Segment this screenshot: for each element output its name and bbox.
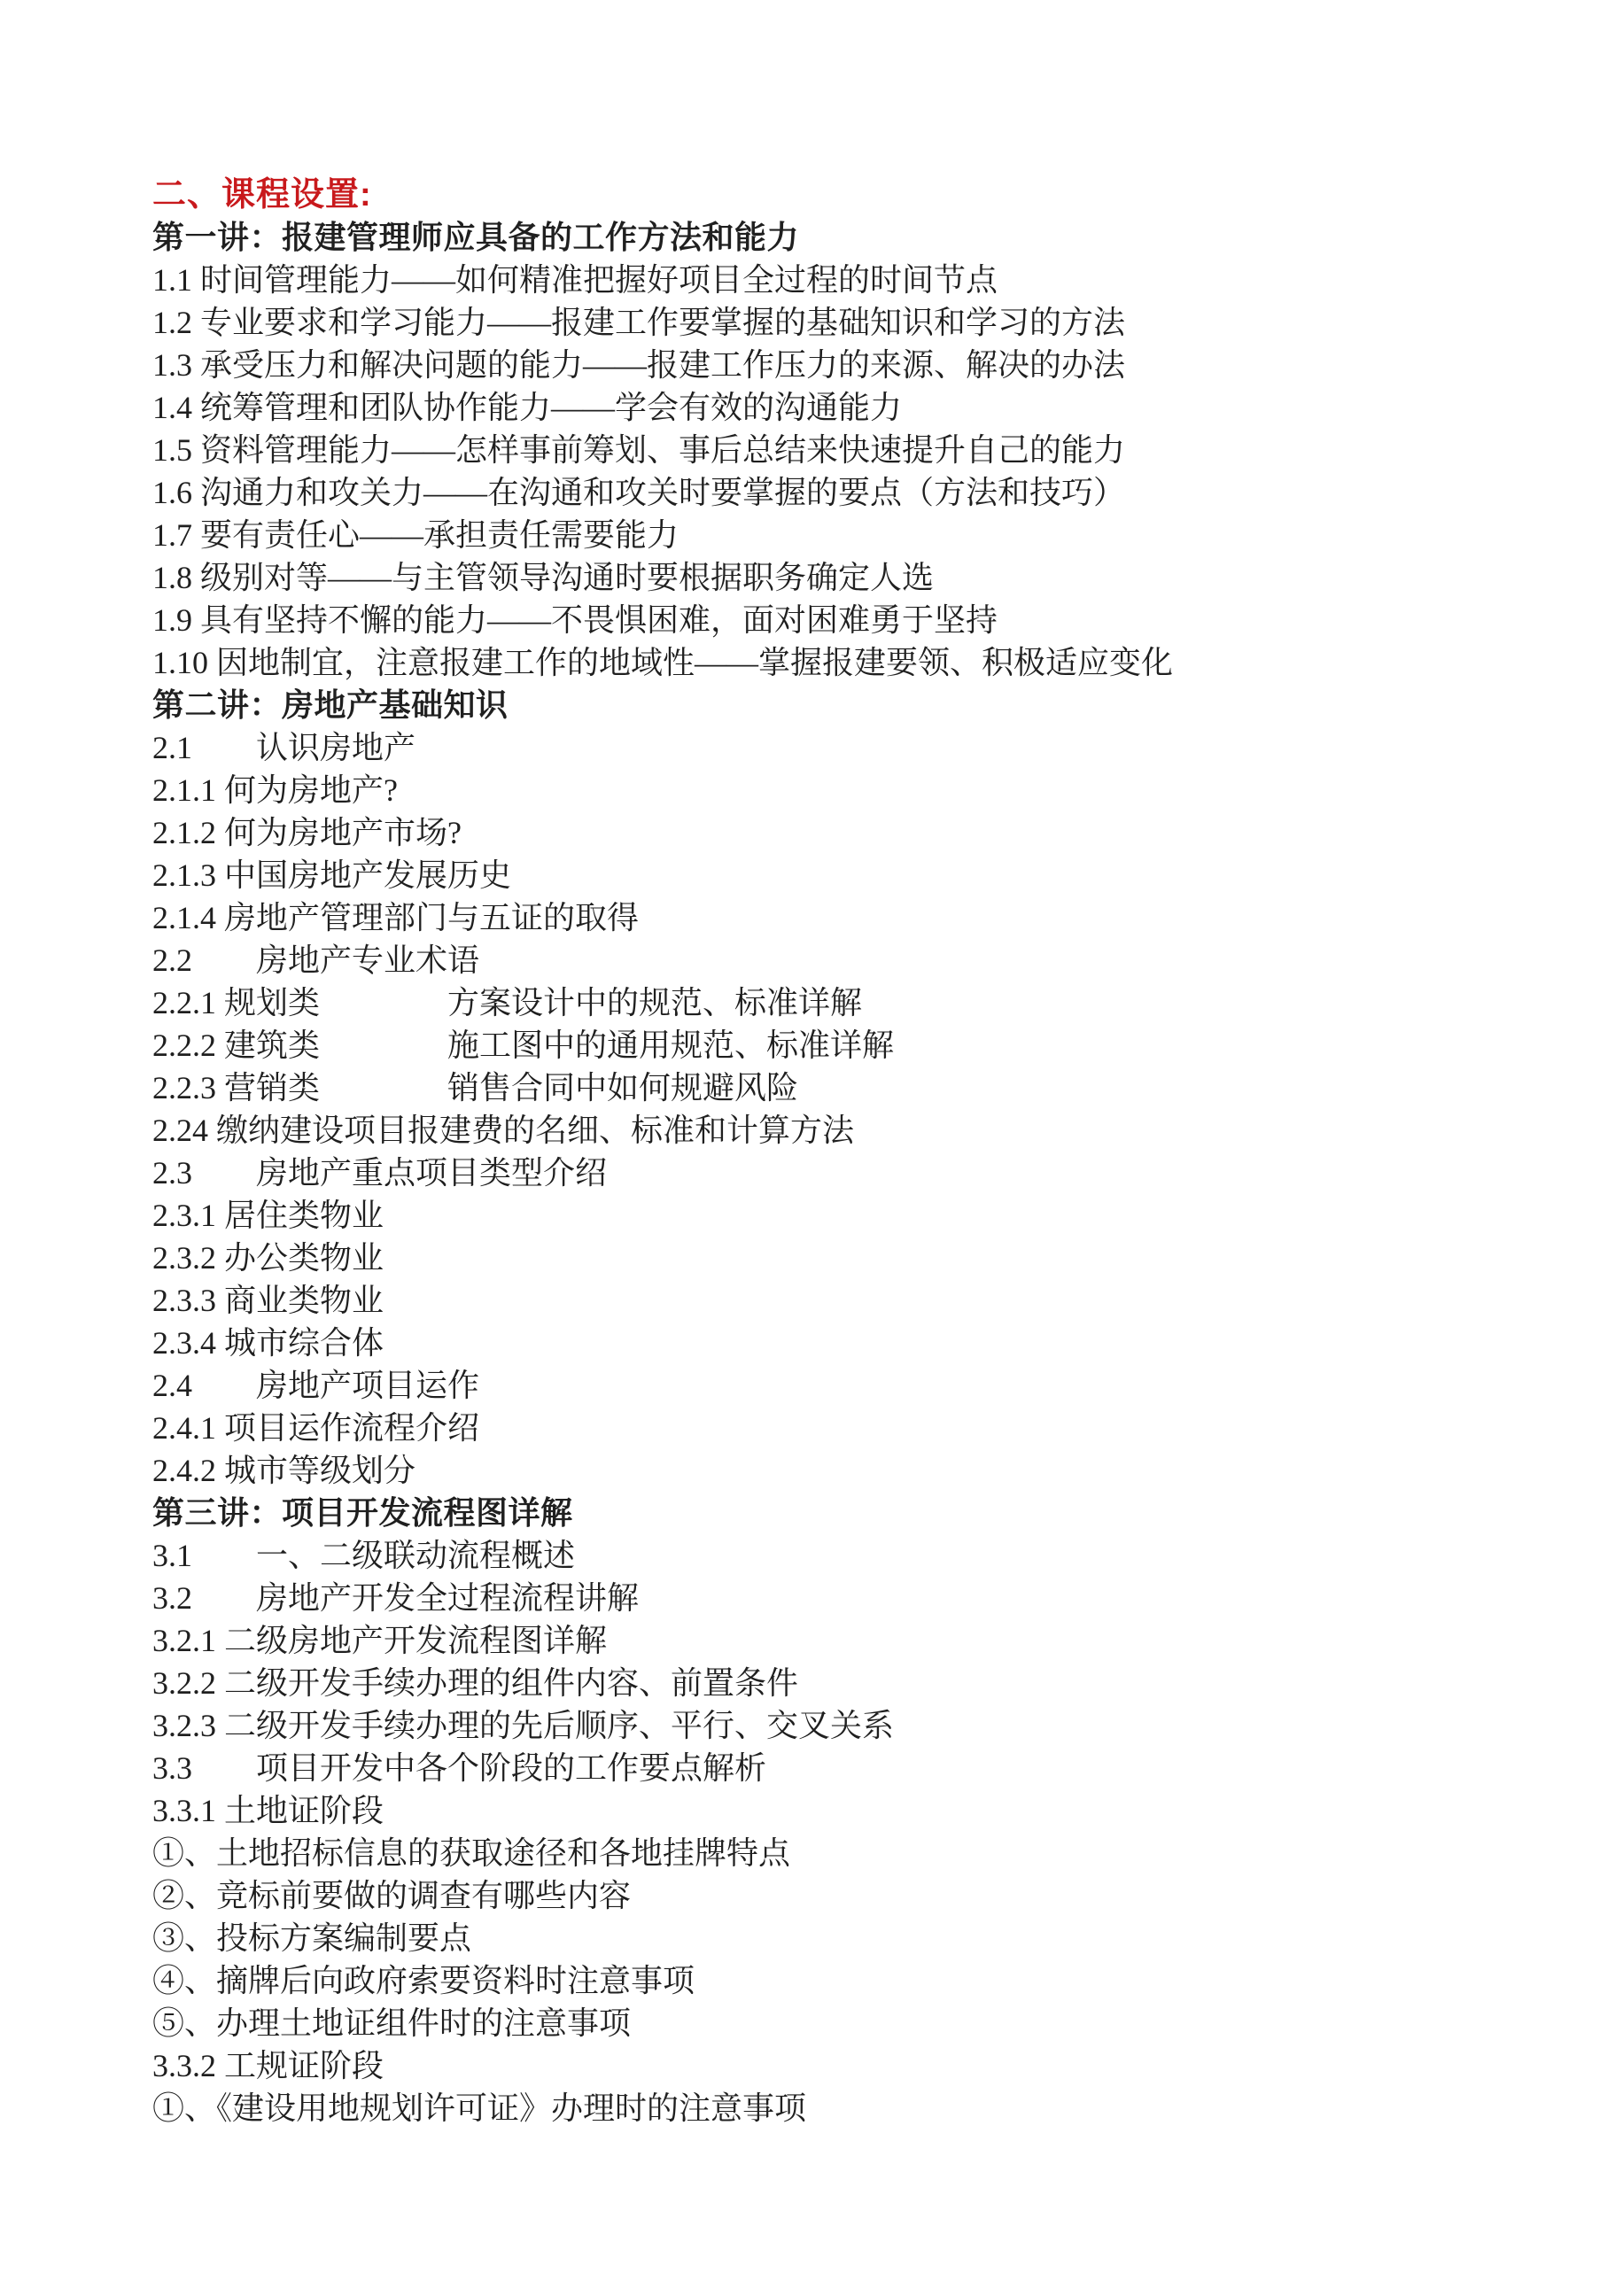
outline-item: 2.3.4 城市综合体	[152, 1322, 1534, 1364]
outline-item: 2.2.1 规划类 方案设计中的规范、标准详解	[152, 981, 1534, 1024]
outline-item: 3.1 一、二级联动流程概述	[152, 1534, 1534, 1577]
outline-item: 2.3.1 居住类物业	[152, 1194, 1534, 1237]
outline-item: 2.2.3 营销类 销售合同中如何规避风险	[152, 1067, 1534, 1109]
outline-item: 2.4 房地产项目运作	[152, 1364, 1534, 1407]
outline-item: 2.1.3 中国房地产发展历史	[152, 854, 1534, 896]
outline-item: 3.2.2 二级开发手续办理的组件内容、前置条件	[152, 1662, 1534, 1704]
document-page: 二、课程设置: 第一讲：报建管理师应具备的工作方法和能力1.1 时间管理能力——…	[0, 0, 1623, 2296]
outline-item: 2.24 缴纳建设项目报建费的名细、标准和计算方法	[152, 1109, 1534, 1152]
lecture-heading: 第一讲：报建管理师应具备的工作方法和能力	[152, 216, 1534, 259]
outline-item: 1.8 级别对等——与主管领导沟通时要根据职务确定人选	[152, 556, 1534, 599]
outline-item: ⑤、办理土地证组件时的注意事项	[152, 2002, 1534, 2044]
lecture-heading: 第二讲：房地产基础知识	[152, 684, 1534, 726]
outline-item: ①、土地招标信息的获取途径和各地挂牌特点	[152, 1832, 1534, 1874]
section-title: 二、课程设置:	[152, 174, 1534, 216]
outline-item: 2.2 房地产专业术语	[152, 939, 1534, 981]
outline-item: 2.1.1 何为房地产?	[152, 769, 1534, 811]
outline-item: 1.10 因地制宜，注意报建工作的地域性——掌握报建要领、积极适应变化	[152, 641, 1534, 684]
outline-item: 1.7 要有责任心——承担责任需要能力	[152, 514, 1534, 556]
outline-item: 1.6 沟通力和攻关力——在沟通和攻关时要掌握的要点（方法和技巧）	[152, 471, 1534, 514]
outline-item: 2.2.2 建筑类 施工图中的通用规范、标准详解	[152, 1024, 1534, 1067]
outline-item: 2.3.3 商业类物业	[152, 1279, 1534, 1322]
lecture-heading: 第三讲：项目开发流程图详解	[152, 1492, 1534, 1534]
outline-item: 3.3 项目开发中各个阶段的工作要点解析	[152, 1747, 1534, 1789]
outline-item: 2.1.2 何为房地产市场?	[152, 811, 1534, 854]
course-outline: 第一讲：报建管理师应具备的工作方法和能力1.1 时间管理能力——如何精准把握好项…	[152, 216, 1534, 2129]
outline-item: 3.2.3 二级开发手续办理的先后顺序、平行、交叉关系	[152, 1704, 1534, 1747]
outline-item: 1.4 统筹管理和团队协作能力——学会有效的沟通能力	[152, 386, 1534, 429]
outline-item: 3.3.2 工规证阶段	[152, 2044, 1534, 2087]
outline-item: 1.2 专业要求和学习能力——报建工作要掌握的基础知识和学习的方法	[152, 301, 1534, 344]
outline-item: 1.1 时间管理能力——如何精准把握好项目全过程的时间节点	[152, 259, 1534, 301]
outline-item: 2.3.2 办公类物业	[152, 1237, 1534, 1279]
outline-item: 1.9 具有坚持不懈的能力——不畏惧困难，面对困难勇于坚持	[152, 599, 1534, 641]
outline-item: ①、《建设用地规划许可证》办理时的注意事项	[152, 2087, 1534, 2129]
outline-item: ②、竞标前要做的调查有哪些内容	[152, 1874, 1534, 1917]
outline-item: 3.2.1 二级房地产开发流程图详解	[152, 1619, 1534, 1662]
outline-item: 2.1 认识房地产	[152, 726, 1534, 769]
outline-item: ④、摘牌后向政府索要资料时注意事项	[152, 1959, 1534, 2002]
outline-item: 2.3 房地产重点项目类型介绍	[152, 1152, 1534, 1194]
outline-item: 2.4.2 城市等级划分	[152, 1449, 1534, 1492]
outline-item: ③、投标方案编制要点	[152, 1917, 1534, 1959]
outline-item: 1.5 资料管理能力——怎样事前筹划、事后总结来快速提升自己的能力	[152, 429, 1534, 471]
outline-item: 3.2 房地产开发全过程流程讲解	[152, 1577, 1534, 1619]
outline-item: 1.3 承受压力和解决问题的能力——报建工作压力的来源、解决的办法	[152, 344, 1534, 386]
outline-item: 2.4.1 项目运作流程介绍	[152, 1407, 1534, 1449]
outline-item: 2.1.4 房地产管理部门与五证的取得	[152, 896, 1534, 939]
outline-item: 3.3.1 土地证阶段	[152, 1789, 1534, 1832]
